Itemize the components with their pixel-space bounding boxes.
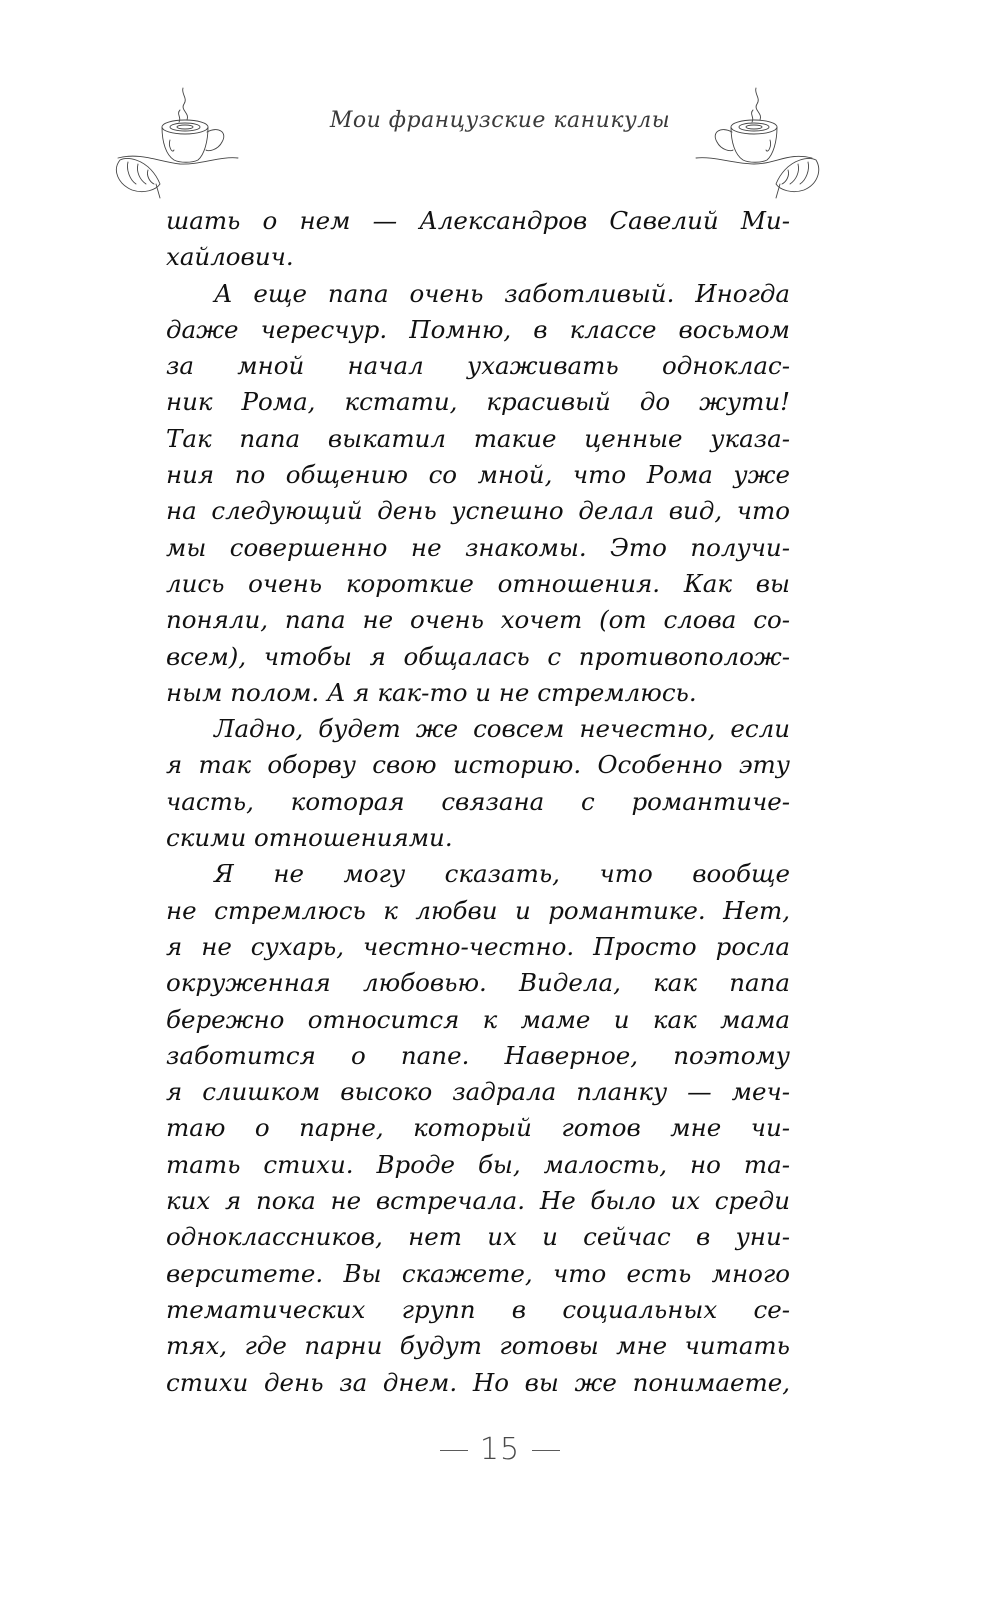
text-line: окруженная любовью. Видела, как папа [166,965,790,1001]
text-line: я слишком высоко задрала планку — меч- [166,1074,790,1110]
text-line: часть, которая связана с романтиче- [166,784,790,820]
text-line: я не сухарь, честно-честно. Просто росла [166,929,790,965]
text-line: Так папа выкатил такие ценные указа- [166,421,790,457]
running-title: Мои французские каникулы [300,108,700,133]
text-line: всем), чтобы я общалась с противополож- [166,639,790,675]
text-line: верситете. Вы скажете, что есть много [166,1256,790,1292]
text-line: не стремлюсь к любви и романтике. Нет, [166,893,790,929]
text-line: я так оборву свою историю. Особенно эту [166,747,790,783]
paragraph-start-line: Я не могу сказать, что вообще [166,856,790,892]
coffee-cup-croissant-icon [110,80,250,200]
text-line: на следующий день успешно делал вид, что [166,493,790,529]
text-line: таю о парне, который готов мне чи- [166,1110,790,1146]
text-line: хайлович. [166,239,790,275]
text-line: стихи день за днем. Но вы же понимаете, [166,1365,790,1401]
page-number: 15 [0,1432,1000,1467]
text-line: ких я пока не встречала. Не было их сред… [166,1183,790,1219]
text-line: поняли, папа не очень хочет (от слова со… [166,602,790,638]
text-line: бережно относится к маме и как мама [166,1002,790,1038]
text-line: ния по общению со мной, что Рома уже [166,457,790,493]
text-line: даже чересчур. Помню, в классе восьмом [166,312,790,348]
page-body-text: шать о нем — Александров Савелий Ми- хай… [166,203,790,1401]
text-line: шать о нем — Александров Савелий Ми- [166,203,790,239]
text-line: за мной начал ухаживать одноклас- [166,348,790,384]
page-number-dash-left [440,1450,468,1451]
text-line: заботится о папе. Наверное, поэтому [166,1038,790,1074]
paragraph-start-line: Ладно, будет же совсем нечестно, если [166,711,790,747]
text-line: тематических групп в социальных се- [166,1292,790,1328]
text-line: лись очень короткие отношения. Как вы [166,566,790,602]
paragraph-start-line: А еще папа очень заботливый. Иногда [166,276,790,312]
text-line: тать стихи. Вроде бы, малость, но та- [166,1147,790,1183]
text-line: одноклассников, нет их и сейчас в уни- [166,1219,790,1255]
text-line: скими отношениями. [166,820,790,856]
page-number-dash-right [532,1450,560,1451]
text-line: мы совершенно не знакомы. Это получи- [166,530,790,566]
page-number-value: 15 [480,1432,520,1467]
text-line: тях, где парни будут готовы мне читать [166,1328,790,1364]
text-line: ным полом. А я как-то и не стремлюсь. [166,675,790,711]
coffee-cup-croissant-icon [684,80,824,200]
text-line: ник Рома, кстати, красивый до жути! [166,384,790,420]
